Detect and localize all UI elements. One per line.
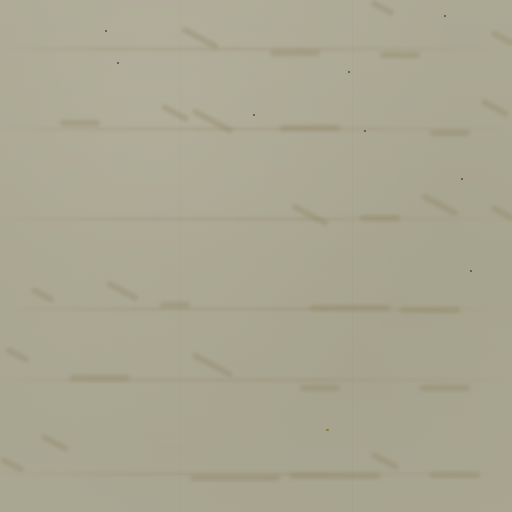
streak [280,125,340,131]
speck [117,62,119,64]
speck [461,178,463,180]
streak [430,472,480,478]
streak [380,52,420,58]
streak [60,120,100,126]
speck [364,130,366,132]
speck [444,15,446,17]
streak [360,215,400,221]
streak [190,475,280,481]
speck [348,71,350,73]
streak [40,433,69,452]
faint-seam [180,0,181,512]
streak [106,280,140,302]
streak [160,302,190,308]
streak [300,385,340,391]
speck [253,114,255,116]
streak [480,98,509,117]
streak [270,50,320,56]
streak-band [0,47,512,51]
surface-texture-photo [0,0,512,512]
streak [0,456,25,473]
streak [420,385,470,391]
faint-seam [352,0,353,512]
streak [421,193,459,217]
streak [490,29,512,46]
streak [290,473,380,479]
streak [370,451,399,470]
speck [105,30,107,32]
speck [470,270,472,272]
olive-speck [326,429,329,431]
streak [291,203,329,227]
streak [160,103,189,122]
streak [310,305,390,311]
streak-band [0,217,512,221]
streak [370,0,395,17]
streak [430,130,470,136]
streak [30,286,55,303]
streak [191,352,234,378]
streak [70,375,130,381]
streak [400,307,460,313]
streak [5,346,30,363]
